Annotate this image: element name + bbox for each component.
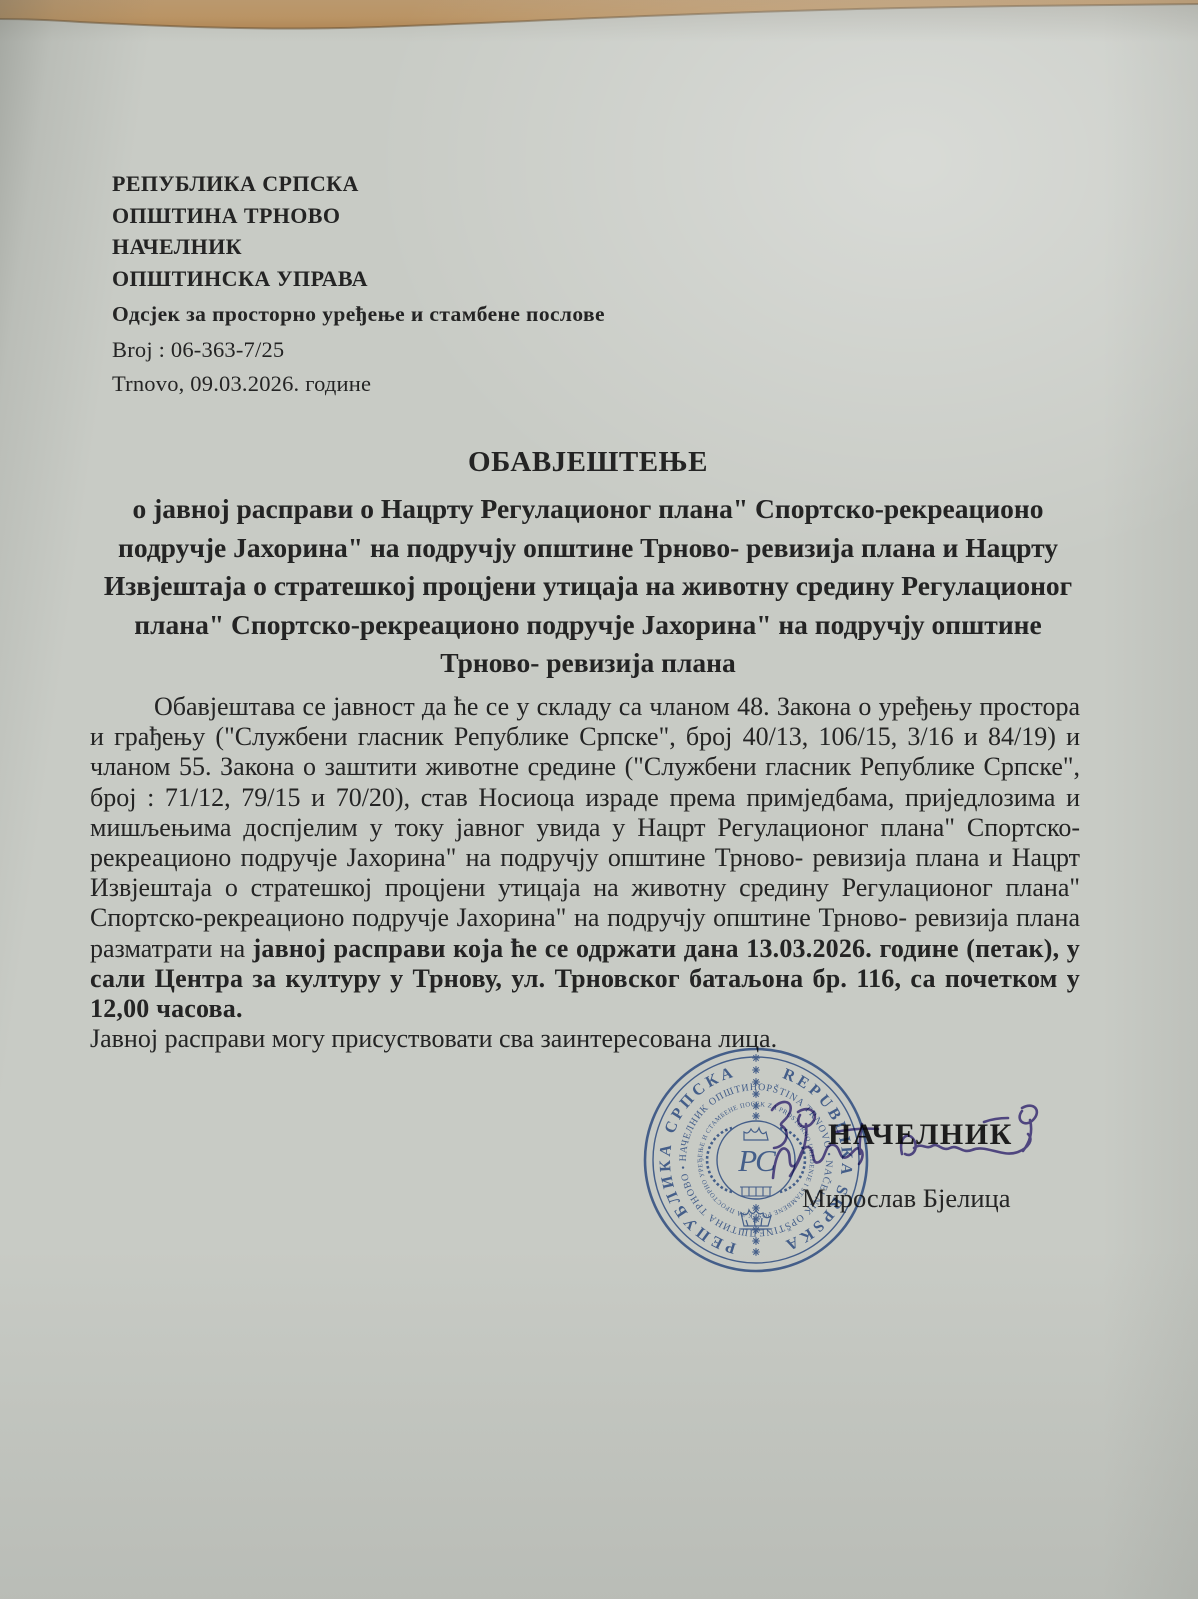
letterhead-mayor: НАЧЕЛНИК [112, 231, 732, 263]
body-paragraph-regular: Обавјештава се јавност да ће се у складу… [90, 692, 1080, 963]
letterhead: РЕПУБЛИКА СРПСКА ОПШТИНА ТРНОВО НАЧЕЛНИК… [112, 168, 732, 400]
letterhead-republic: РЕПУБЛИКА СРПСКА [112, 168, 732, 200]
notice-title: ОБАВЈЕШТЕЊЕ [92, 446, 1084, 479]
signature-word-one [773, 1145, 863, 1178]
signature-scribble [740, 1080, 1060, 1210]
signature-word-two [901, 1134, 1030, 1155]
body-paragraph: Обавјештава се јавност да ће се у складу… [90, 692, 1080, 1024]
letterhead-municipality: ОПШТИНА ТРНОВО [112, 200, 732, 232]
letterhead-department: Одсјек за просторно уређење и стамбене п… [112, 299, 732, 331]
document-photo: РЕПУБЛИКА СРПСКА ОПШТИНА ТРНОВО НАЧЕЛНИК… [0, 0, 1198, 1599]
notice-body: Обавјештава се јавност да ће се у складу… [90, 692, 1080, 1054]
letterhead-administration: ОПШТИНСКА УПРАВА [112, 263, 732, 295]
wood-surface [0, 0, 1198, 29]
reference-number: Broj : 06-363-7/25 [112, 334, 732, 366]
notice-heading: ОБАВЈЕШТЕЊЕ о јавној расправи о Нацрту Р… [92, 446, 1084, 683]
closing-line: Јавној расправи могу присуствовати сва з… [90, 1024, 1080, 1054]
table-edge-strip [0, 0, 1198, 40]
place-and-date: Trnovo, 09.03.2026. године [112, 368, 732, 400]
notice-subtitle: о јавној расправи о Нацрту Регулационог … [92, 490, 1084, 683]
